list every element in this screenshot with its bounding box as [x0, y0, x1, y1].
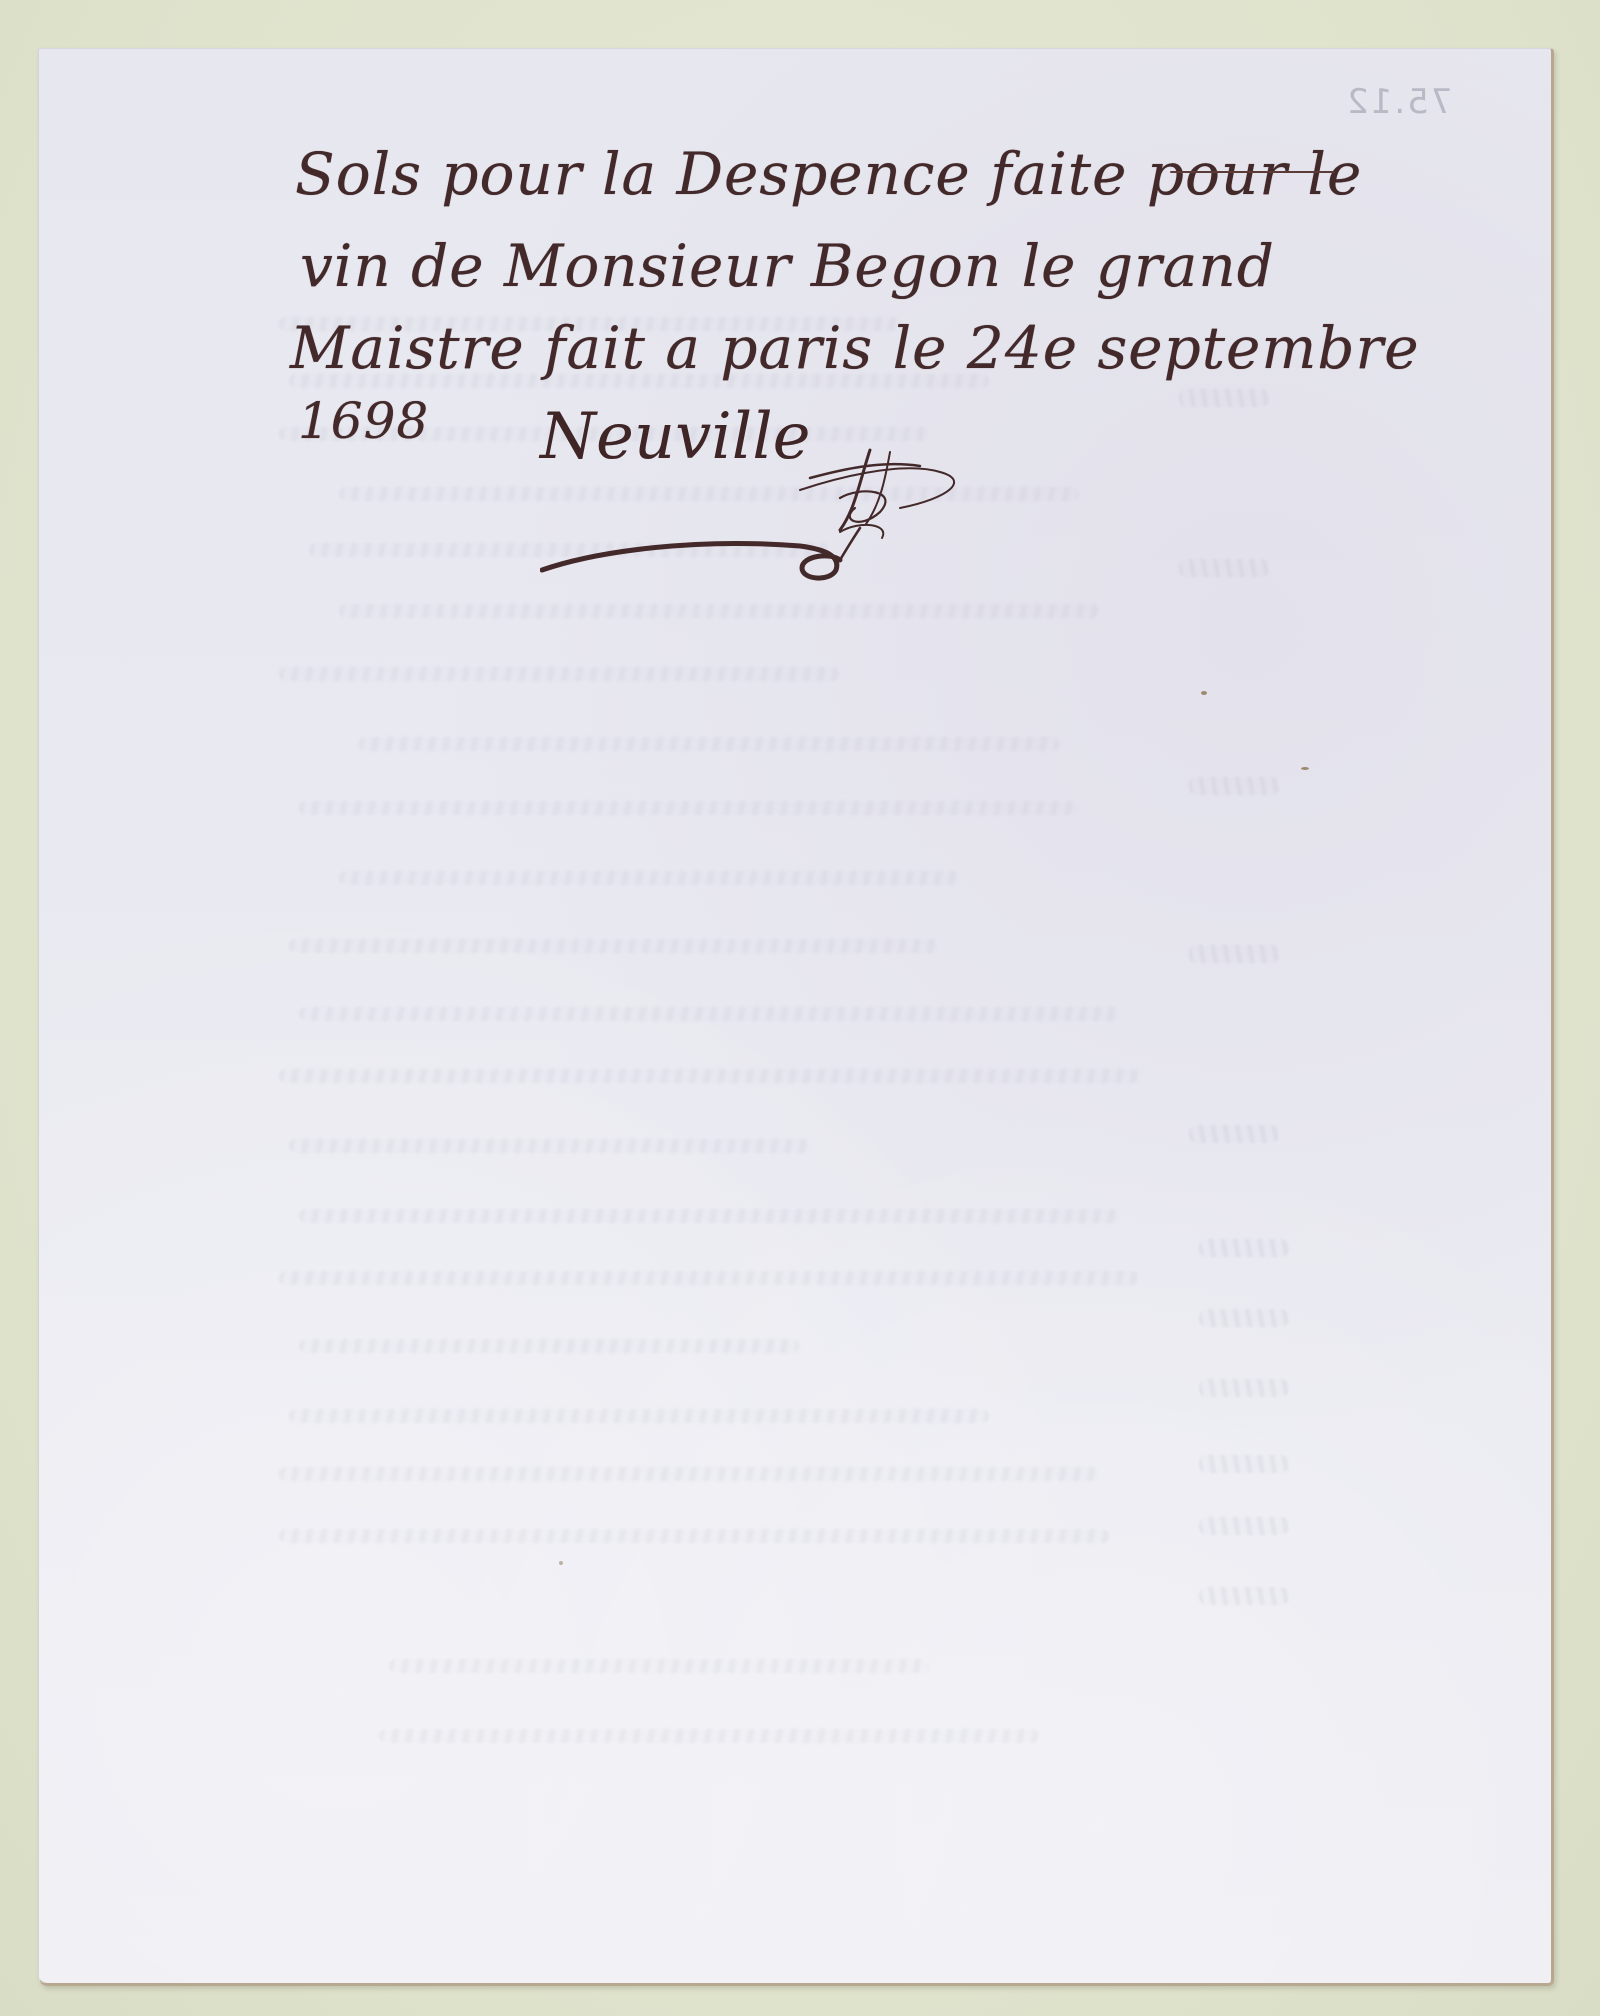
show-through-line: [379, 1729, 1039, 1743]
manuscript-line-2: vin de Monsieur Begon le grand: [300, 232, 1275, 300]
show-through-line: [299, 801, 1079, 815]
show-through-line: [279, 1529, 1109, 1543]
show-through-number: [1199, 1309, 1289, 1327]
manuscript-line-3: Maistre fait a paris le 24e septembre: [290, 314, 1420, 382]
show-through-number: [1179, 559, 1269, 577]
show-through-number: [1189, 945, 1279, 963]
manuscript-date-year: 1698: [298, 392, 429, 450]
show-through-line: [279, 1271, 1139, 1285]
show-through-number: [1189, 777, 1279, 795]
show-through-number: [1189, 1125, 1279, 1143]
manuscript-line-1: Sols pour la Despence faite pour le: [295, 140, 1362, 208]
paper-speck: [1301, 767, 1309, 770]
show-through-line: [339, 604, 1099, 618]
show-through-line: [339, 871, 959, 885]
show-through-line: [289, 939, 939, 953]
show-through-line: [309, 543, 829, 557]
show-through-line: [359, 737, 1059, 751]
show-through-line: [299, 1209, 1119, 1223]
show-through-line: [339, 487, 1079, 501]
show-through-number: [1199, 1517, 1289, 1535]
show-through-number: [1199, 1455, 1289, 1473]
show-through-number: [1179, 389, 1269, 407]
show-through-line: [299, 1007, 1119, 1021]
archival-pencil-mark: 75.12: [1345, 82, 1452, 122]
show-through-number: [1199, 1239, 1289, 1257]
show-through-line: [279, 1069, 1139, 1083]
show-through-line: [299, 1339, 799, 1353]
show-through-line: [289, 1409, 989, 1423]
signature: Neuville: [540, 400, 811, 474]
show-through-line: [279, 1467, 1099, 1481]
show-through-line: [389, 1659, 929, 1673]
show-through-number: [1199, 1587, 1289, 1605]
line-filler-stroke: [1170, 171, 1335, 173]
show-through-number: [1199, 1379, 1289, 1397]
show-through-line: [279, 667, 839, 681]
show-through-line: [289, 1139, 809, 1153]
paper-speck: [559, 1561, 563, 1565]
paper-speck: [1201, 691, 1207, 695]
